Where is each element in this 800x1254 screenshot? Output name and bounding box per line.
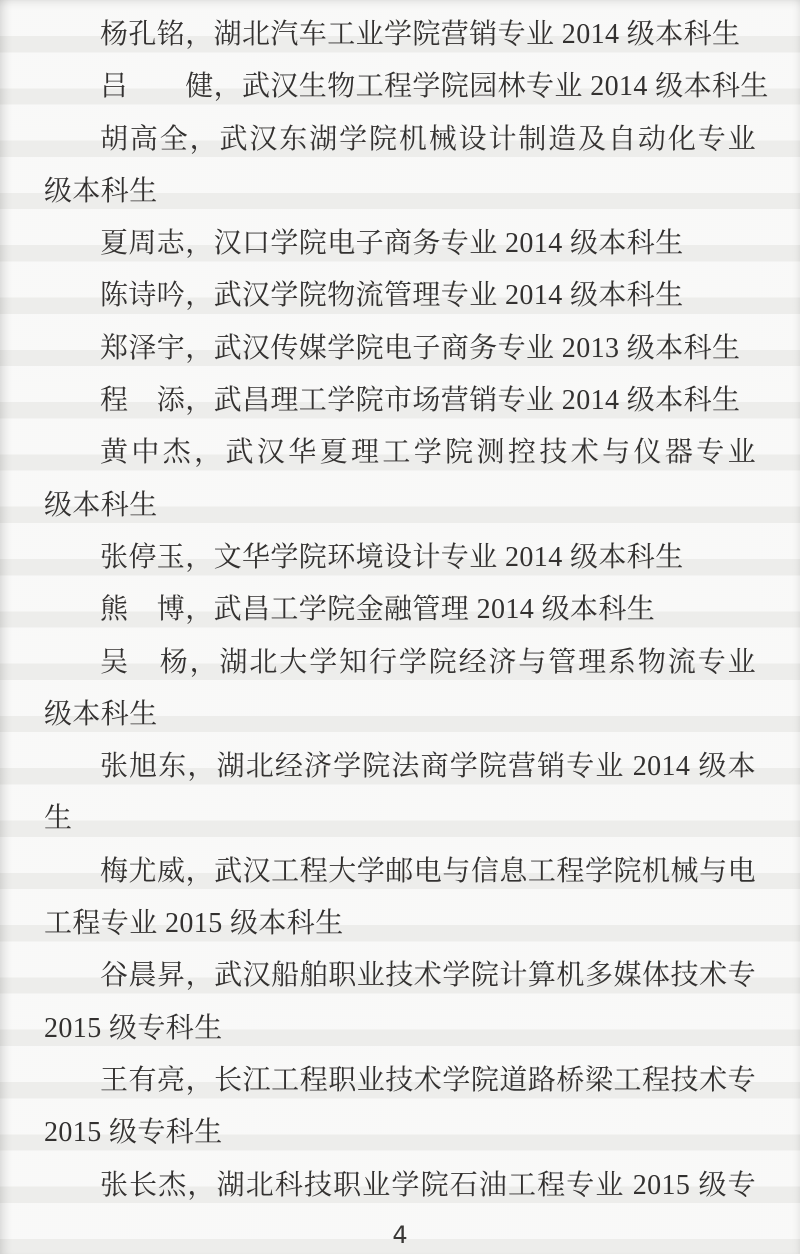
- text-line: 杨孔铭，湖北汽车工业学院营销专业 2014 级本科生: [44, 9, 756, 61]
- text-line: 夏周志，汉口学院电子商务专业 2014 级本科生: [44, 218, 756, 270]
- page-number: 4: [0, 1218, 800, 1252]
- text-line: 张旭东，湖北经济学院法商学院营销专业 2014 级本科: [44, 741, 756, 793]
- text-line: 梅尤威，武汉工程大学邮电与信息工程学院机械与电子: [44, 846, 756, 898]
- text-line: 黄中杰，武汉华夏理工学院测控技术与仪器专业 2014: [44, 427, 756, 479]
- text-line-continuation: 工程专业 2015 级本科生: [44, 898, 756, 950]
- text-line: 郑泽宇，武汉传媒学院电子商务专业 2013 级本科生: [44, 323, 756, 375]
- text-line-continuation: 2015 级专科生: [44, 1003, 756, 1055]
- text-line: 陈诗吟，武汉学院物流管理专业 2014 级本科生: [44, 270, 756, 322]
- text-line: 胡高全，武汉东湖学院机械设计制造及自动化专业 2014: [44, 114, 756, 166]
- text-line: 吴 杨，湖北大学知行学院经济与管理系物流专业 2014: [44, 637, 756, 689]
- text-line: 张长杰，湖北科技职业学院石油工程专业 2015 级专科: [44, 1160, 756, 1212]
- text-line: 吕 健，武汉生物工程学院园林专业 2014 级本科生: [44, 61, 756, 113]
- document-text-block: 杨孔铭，湖北汽车工业学院营销专业 2014 级本科生 吕 健，武汉生物工程学院园…: [44, 9, 756, 1212]
- text-line: 谷晨昇，武汉船舶职业技术学院计算机多媒体技术专业: [44, 950, 756, 1002]
- text-line-continuation: 级本科生: [44, 480, 756, 532]
- text-line: 王有亮，长江工程职业技术学院道路桥梁工程技术专业: [44, 1055, 756, 1107]
- text-line: 熊 博，武昌工学院金融管理 2014 级本科生: [44, 584, 756, 636]
- text-line-continuation: 2015 级专科生: [44, 1107, 756, 1159]
- document-page: 杨孔铭，湖北汽车工业学院营销专业 2014 级本科生 吕 健，武汉生物工程学院园…: [0, 0, 800, 1254]
- text-line-continuation: 生: [44, 793, 756, 845]
- text-line-continuation: 级本科生: [44, 689, 756, 741]
- text-line: 程 添，武昌理工学院市场营销专业 2014 级本科生: [44, 375, 756, 427]
- text-line-continuation: 级本科生: [44, 166, 756, 218]
- text-line: 张停玉，文华学院环境设计专业 2014 级本科生: [44, 532, 756, 584]
